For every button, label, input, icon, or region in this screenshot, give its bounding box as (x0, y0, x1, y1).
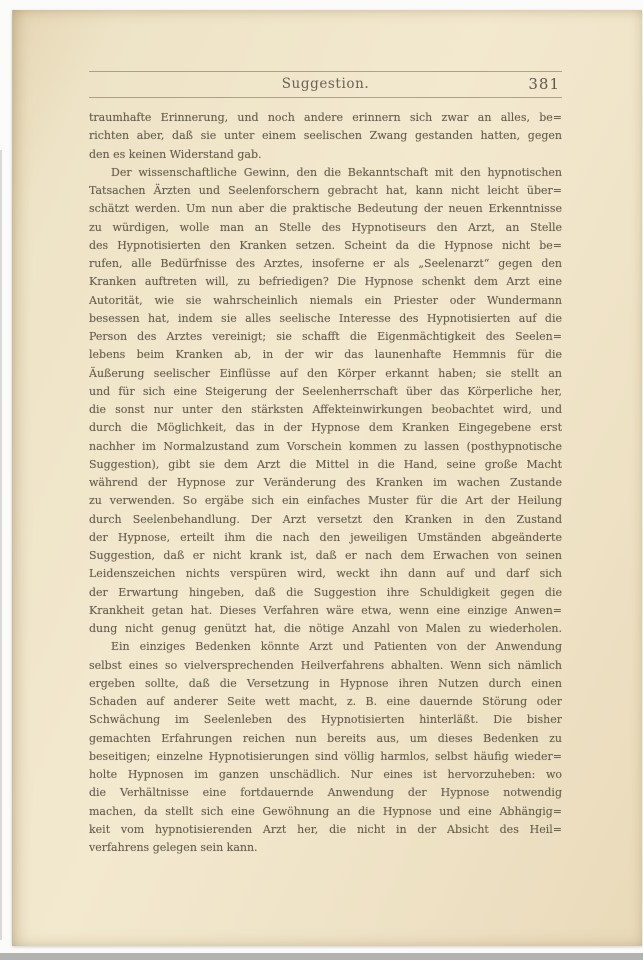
text-line: rufen, alle Bedürfnisse des Arztes, inso… (89, 255, 562, 273)
text-line: lebens beim Kranken ab, in der wir das l… (89, 346, 562, 364)
text-line: Tatsachen Ärzten und Seelenforschern geb… (89, 182, 562, 200)
text-line: der Erwartung hingeben, daß die Suggesti… (89, 584, 562, 602)
text-line: Leidenszeichen nichts verspüren wird, we… (89, 565, 562, 583)
text-line: den es keinen Widerstand gab. (89, 146, 562, 164)
text-line: schätzt werden. Um nun aber die praktisc… (89, 200, 562, 218)
text-line: dung nicht genug genützt hat, die nötige… (89, 620, 562, 638)
text-line: traumhafte Erinnerung, und noch andere e… (89, 109, 562, 127)
text-line: Person des Arztes vereinigt; sie schafft… (89, 328, 562, 346)
text-line: ergeben sollte, daß die Versetzung in Hy… (89, 675, 562, 693)
text-line: Suggestion), gibt sie dem Arzt die Mitte… (89, 456, 562, 474)
text-line: während der Hypnose zur Veränderung des … (89, 474, 562, 492)
text-line: verfahrens gelegen sein kann. (89, 839, 562, 857)
text-line: des Hypnotisierten den Kranken setzen. S… (89, 237, 562, 255)
text-line: Krankheit getan hat. Dieses Verfahren wä… (89, 602, 562, 620)
book-page: Suggestion. 381 traumhafte Erinnerung, u… (12, 10, 642, 946)
text-line: und für sich eine Steigerung der Seelenh… (89, 383, 562, 401)
text-line: besessen hat, indem sie alles seelische … (89, 310, 562, 328)
scan-edge-bottom (0, 953, 643, 960)
text-line: Der wissenschaftliche Gewinn, den die Be… (89, 164, 562, 182)
header-rule-bottom (89, 97, 562, 98)
text-line: Schaden auf anderer Seite wett macht, z.… (89, 693, 562, 711)
page-number: 381 (528, 73, 560, 95)
text-line: gemachten Erfahrungen reichen nun bereit… (89, 730, 562, 748)
paragraph: traumhafte Erinnerung, und noch andere e… (89, 109, 562, 164)
text-line: selbst eines so vielversprechenden Heilv… (89, 657, 562, 675)
text-line: zu verwenden. So ergäbe sich ein einfach… (89, 492, 562, 510)
body-text: traumhafte Erinnerung, und noch andere e… (89, 109, 562, 857)
paragraph: Der wissenschaftliche Gewinn, den die Be… (89, 164, 562, 639)
text-line: die sonst nur unter den stärksten Affekt… (89, 401, 562, 419)
text-line: durch die Möglichkeit, das in der Hypnos… (89, 419, 562, 437)
running-title: Suggestion. (89, 73, 562, 95)
text-line: keit vom hypnotisierenden Arzt her, die … (89, 821, 562, 839)
text-line: machen, da stellt sich eine Gewöhnung an… (89, 803, 562, 821)
text-line: beseitigen; einzelne Hypnotisierungen si… (89, 748, 562, 766)
scan-edge-left (0, 150, 2, 940)
text-line: richten aber, daß sie unter einem seelis… (89, 127, 562, 145)
header-rule-top (89, 71, 562, 72)
text-line: Kranken auftreten will, zu befriedigen? … (89, 273, 562, 291)
text-line: Suggestion, daß er nicht krank ist, daß … (89, 547, 562, 565)
paragraph: Ein einziges Bedenken könnte Arzt und Pa… (89, 638, 562, 857)
text-line: durch Seelenbehandlung. Der Arzt versetz… (89, 511, 562, 529)
text-line: zu würdigen, wolle man an Stelle des Hyp… (89, 219, 562, 237)
text-line: Autorität, wie sie wahrscheinlich niemal… (89, 292, 562, 310)
text-line: Ein einziges Bedenken könnte Arzt und Pa… (89, 638, 562, 656)
text-line: der Hypnose, erteilt ihm die nach den je… (89, 529, 562, 547)
text-line: Äußerung seelischer Einflüsse auf den Kö… (89, 365, 562, 383)
page-header: Suggestion. 381 (89, 73, 562, 95)
text-line: nachher im Normalzustand zum Vorschein k… (89, 438, 562, 456)
text-line: die Verhältnisse eine fortdauernde Anwen… (89, 784, 562, 802)
text-line: Schwächung im Seelenleben des Hypnotisie… (89, 711, 562, 729)
text-line: holte Hypnosen im ganzen unschädlich. Nu… (89, 766, 562, 784)
